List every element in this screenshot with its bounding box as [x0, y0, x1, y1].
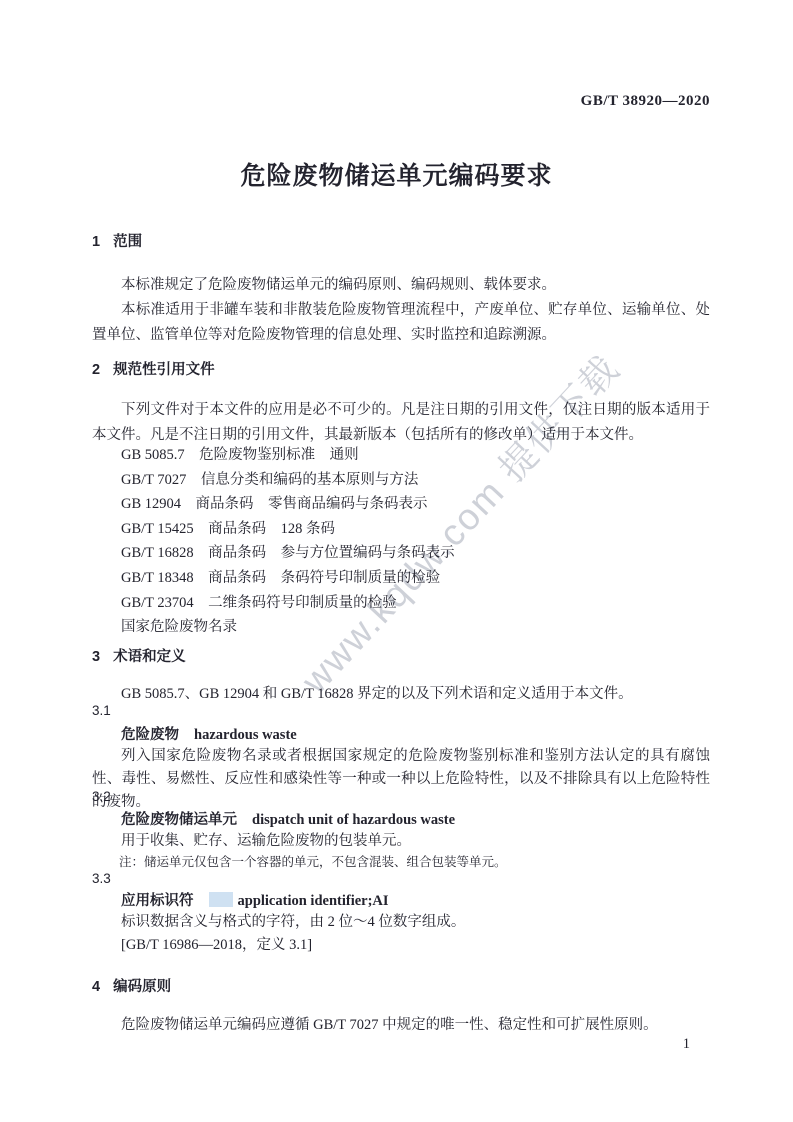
section-1-paragraph-1: 本标准规定了危险废物储运单元的编码原则、编码规则、载体要求。	[92, 273, 710, 298]
reference-list: GB 5085.7 危险废物鉴别标准 通则 GB/T 7027 信息分类和编码的…	[92, 443, 739, 640]
term-3-3-english: application identifier;AI	[238, 893, 389, 909]
section-2-intro: 下列文件对于本文件的应用是必不可少的。凡是注日期的引用文件，仅注日期的版本适用于…	[92, 398, 710, 448]
section-4-number: 4	[92, 979, 100, 995]
standard-number: GB/T 38920—2020	[581, 93, 710, 110]
reference-item: GB/T 23704 二维条码符号印制质量的检验	[121, 591, 739, 616]
section-4-title: 编码原则	[113, 979, 171, 995]
document-title: 危险废物储运单元编码要求	[0, 156, 793, 192]
term-3-3-definition: 标识数据含义与格式的字符，由 2 位～4 位数字组成。	[92, 911, 739, 934]
section-2-number: 2	[92, 362, 100, 378]
reference-item: GB 12904 商品条码 零售商品编码与条码表示	[121, 492, 739, 517]
page-number: 1	[683, 1036, 690, 1053]
document-page: www.kqdw.com 提供下载 GB/T 38920—2020 危险废物储运…	[0, 0, 793, 1122]
section-3-title: 术语和定义	[113, 649, 186, 665]
section-1-number: 1	[92, 234, 100, 250]
term-3-2-note: 注：储运单元仅包含一个容器的单元，不包含混装、组合包装等单元。	[92, 852, 737, 870]
term-3-2-definition: 用于收集、贮存、运输危险废物的包装单元。	[92, 830, 739, 853]
term-3-2-number: 3.2	[92, 789, 710, 804]
term-3-1-english: hazardous waste	[194, 727, 297, 743]
selection-highlight	[209, 892, 233, 907]
term-3-3-source: [GB/T 16986—2018，定义 3.1]	[92, 933, 739, 954]
term-3-1-number: 3.1	[92, 703, 710, 718]
section-2-heading: 2规范性引用文件	[92, 358, 710, 379]
reference-item: GB/T 18348 商品条码 条码符号印制质量的检验	[121, 566, 739, 591]
reference-item: 国家危险废物名录	[121, 615, 739, 640]
term-3-3-number: 3.3	[92, 871, 710, 886]
document-content: GB/T 38920—2020 危险废物储运单元编码要求 1范围 本标准规定了危…	[0, 0, 793, 1122]
section-3-number: 3	[92, 649, 100, 665]
reference-item: GB/T 16828 商品条码 参与方位置编码与条码表示	[121, 541, 739, 566]
term-3-1-line: 危险废物hazardous waste	[92, 723, 739, 744]
section-4-paragraph-1: 危险废物储运单元编码应遵循 GB/T 7027 中规定的唯一性、稳定性和可扩展性…	[92, 1013, 710, 1038]
reference-item: GB/T 7027 信息分类和编码的基本原则与方法	[121, 468, 739, 493]
reference-item: GB 5085.7 危险废物鉴别标准 通则	[121, 443, 739, 468]
section-3-heading: 3术语和定义	[92, 645, 710, 666]
section-2-title: 规范性引用文件	[113, 362, 215, 378]
term-3-2-chinese: 危险废物储运单元	[121, 812, 237, 828]
term-3-3-chinese: 应用标识符	[121, 893, 194, 909]
section-1-title: 范围	[113, 234, 142, 250]
section-1-heading: 1范围	[92, 230, 710, 251]
term-3-2-line: 危险废物储运单元dispatch unit of hazardous waste	[92, 808, 739, 829]
term-3-1-chinese: 危险废物	[121, 727, 179, 743]
term-3-3-line: 应用标识符application identifier;AI	[92, 889, 739, 910]
section-1-paragraph-2: 本标准适用于非罐车装和非散装危险废物管理流程中，产废单位、贮存单位、运输单位、处…	[92, 298, 710, 348]
section-4-heading: 4编码原则	[92, 975, 710, 996]
term-3-2-english: dispatch unit of hazardous waste	[252, 812, 455, 828]
reference-item: GB/T 15425 商品条码 128 条码	[121, 517, 739, 542]
